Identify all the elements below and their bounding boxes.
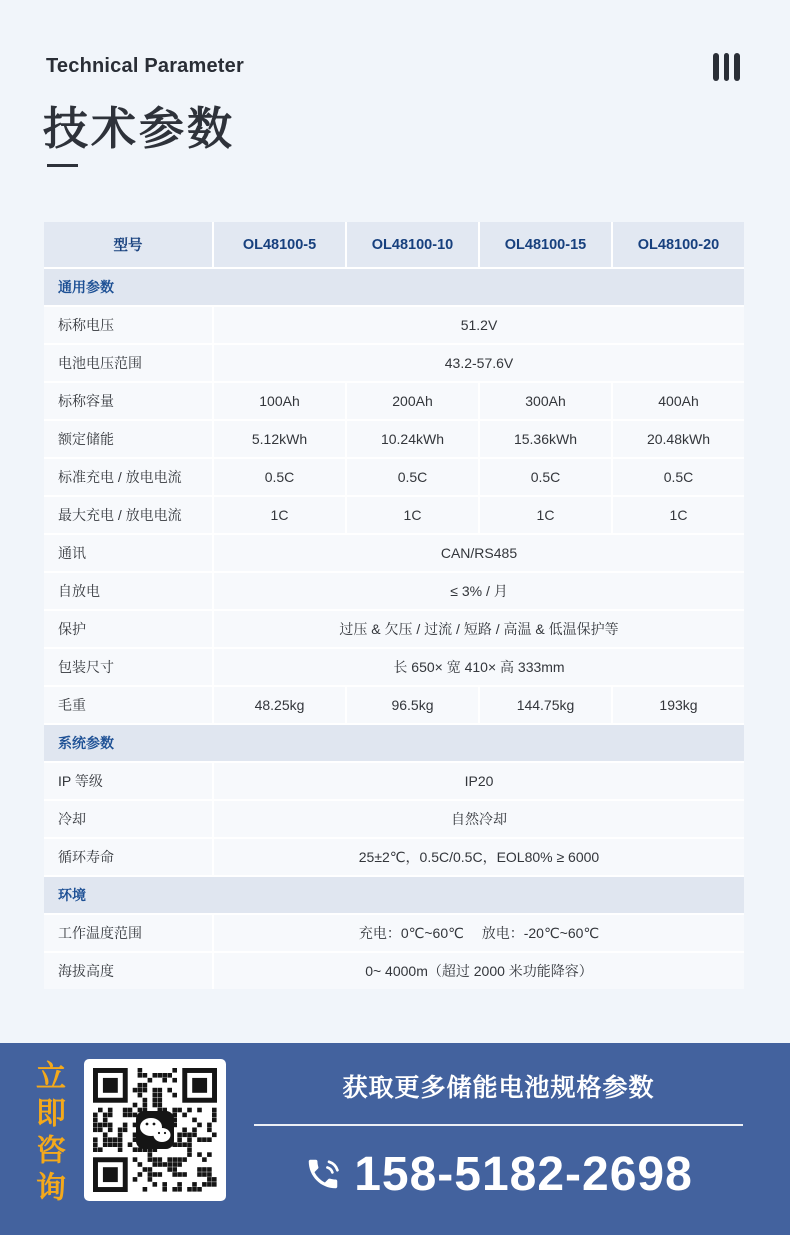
column-header-model: 型号 bbox=[44, 222, 212, 267]
bar bbox=[724, 53, 730, 81]
phone-number: 158-5182-2698 bbox=[354, 1147, 693, 1202]
row-label: 电池电压范围 bbox=[44, 345, 212, 381]
cell-value: 10.24kWh bbox=[347, 421, 478, 457]
row-label: 最大充电 / 放电电流 bbox=[44, 497, 212, 533]
qr-pattern bbox=[93, 1068, 217, 1192]
section-title: 系统参数 bbox=[44, 725, 744, 761]
column-header: OL48100-5 bbox=[214, 222, 345, 267]
row-label: IP 等级 bbox=[44, 763, 212, 799]
row-label: 标称电压 bbox=[44, 307, 212, 343]
row-label: 循环寿命 bbox=[44, 839, 212, 875]
table-row: 标准充电 / 放电电流0.5C0.5C0.5C0.5C bbox=[44, 459, 744, 495]
row-label: 包装尺寸 bbox=[44, 649, 212, 685]
title-underline bbox=[47, 164, 78, 167]
cell-value: 48.25kg bbox=[214, 687, 345, 723]
row-label: 保护 bbox=[44, 611, 212, 647]
cell-value: 96.5kg bbox=[347, 687, 478, 723]
spec-table: 型号OL48100-5OL48100-10OL48100-15OL48100-2… bbox=[44, 222, 744, 989]
table-row: IP 等级IP20 bbox=[44, 763, 744, 799]
cell-value: 0.5C bbox=[480, 459, 611, 495]
cell-value: 15.36kWh bbox=[480, 421, 611, 457]
cell-value: 400Ah bbox=[613, 383, 744, 419]
footer-right: 获取更多储能电池规格参数 158-5182-2698 bbox=[254, 1043, 743, 1235]
table-row: 标称容量100Ah200Ah300Ah400Ah bbox=[44, 383, 744, 419]
cell-value: 300Ah bbox=[480, 383, 611, 419]
table-row: 最大充电 / 放电电流1C1C1C1C bbox=[44, 497, 744, 533]
table-row: 额定储能5.12kWh10.24kWh15.36kWh20.48kWh bbox=[44, 421, 744, 457]
qr-code[interactable] bbox=[84, 1059, 226, 1201]
row-label: 冷却 bbox=[44, 801, 212, 837]
cell-value: 1C bbox=[347, 497, 478, 533]
three-bars-icon bbox=[713, 53, 740, 81]
subtitle-en: Technical Parameter bbox=[46, 55, 244, 78]
cell-value: 0.5C bbox=[613, 459, 744, 495]
footer-headline: 获取更多储能电池规格参数 bbox=[254, 1068, 743, 1104]
table-row: 保护过压 & 欠压 / 过流 / 短路 / 高温 & 低温保护等 bbox=[44, 611, 744, 647]
column-header: OL48100-20 bbox=[613, 222, 744, 267]
cell-value: 过压 & 欠压 / 过流 / 短路 / 高温 & 低温保护等 bbox=[214, 611, 744, 647]
footer: 立即咨询 获取更多储能电池规格参数 158-5182-2698 bbox=[0, 1043, 790, 1235]
divider-line bbox=[254, 1124, 743, 1126]
phone-icon bbox=[304, 1155, 342, 1193]
column-header: OL48100-10 bbox=[347, 222, 478, 267]
cell-value: 25±2℃，0.5C/0.5C，EOL80% ≥ 6000 bbox=[214, 839, 744, 875]
bar bbox=[734, 53, 740, 81]
section-row: 通用参数 bbox=[44, 269, 744, 305]
table-row: 毛重48.25kg96.5kg144.75kg193kg bbox=[44, 687, 744, 723]
cell-value: 20.48kWh bbox=[613, 421, 744, 457]
table-row: 自放电≤ 3% / 月 bbox=[44, 573, 744, 609]
cell-value: 5.12kWh bbox=[214, 421, 345, 457]
table-row: 通讯CAN/RS485 bbox=[44, 535, 744, 571]
table-row: 循环寿命25±2℃，0.5C/0.5C，EOL80% ≥ 6000 bbox=[44, 839, 744, 875]
row-label: 标准充电 / 放电电流 bbox=[44, 459, 212, 495]
cell-value: ≤ 3% / 月 bbox=[214, 573, 744, 609]
cell-value: IP20 bbox=[214, 763, 744, 799]
cell-value: 0.5C bbox=[214, 459, 345, 495]
cell-value: 0~ 4000m（超过 2000 米功能降容） bbox=[214, 953, 744, 989]
cell-value: 自然冷却 bbox=[214, 801, 744, 837]
cell-value: 1C bbox=[480, 497, 611, 533]
section-title: 环境 bbox=[44, 877, 744, 913]
bar bbox=[713, 53, 719, 81]
cell-value: 长 650× 宽 410× 高 333mm bbox=[214, 649, 744, 685]
cell-value: 100Ah bbox=[214, 383, 345, 419]
cell-value: 43.2-57.6V bbox=[214, 345, 744, 381]
phone-row[interactable]: 158-5182-2698 bbox=[254, 1139, 743, 1209]
row-label: 自放电 bbox=[44, 573, 212, 609]
row-label: 标称容量 bbox=[44, 383, 212, 419]
row-label: 通讯 bbox=[44, 535, 212, 571]
table-header-row: 型号OL48100-5OL48100-10OL48100-15OL48100-2… bbox=[44, 222, 744, 267]
cta-vertical-text: 立即咨询 bbox=[30, 1060, 64, 1208]
column-header: OL48100-15 bbox=[480, 222, 611, 267]
section-title: 通用参数 bbox=[44, 269, 744, 305]
table-row: 工作温度范围充电：0℃~60℃ 放电：-20℃~60℃ bbox=[44, 915, 744, 951]
cell-value: 51.2V bbox=[214, 307, 744, 343]
table-row: 电池电压范围43.2-57.6V bbox=[44, 345, 744, 381]
cell-value: 1C bbox=[613, 497, 744, 533]
section-row: 环境 bbox=[44, 877, 744, 913]
cell-value: 193kg bbox=[613, 687, 744, 723]
cell-value: 144.75kg bbox=[480, 687, 611, 723]
section-row: 系统参数 bbox=[44, 725, 744, 761]
table-row: 包装尺寸长 650× 宽 410× 高 333mm bbox=[44, 649, 744, 685]
table-row: 海拔高度0~ 4000m（超过 2000 米功能降容） bbox=[44, 953, 744, 989]
cell-value: 200Ah bbox=[347, 383, 478, 419]
row-label: 海拔高度 bbox=[44, 953, 212, 989]
cell-value: 1C bbox=[214, 497, 345, 533]
cell-value: CAN/RS485 bbox=[214, 535, 744, 571]
cell-value: 充电：0℃~60℃ 放电：-20℃~60℃ bbox=[214, 915, 744, 951]
row-label: 工作温度范围 bbox=[44, 915, 212, 951]
cell-value: 0.5C bbox=[347, 459, 478, 495]
row-label: 额定储能 bbox=[44, 421, 212, 457]
table-row: 标称电压51.2V bbox=[44, 307, 744, 343]
table-row: 冷却自然冷却 bbox=[44, 801, 744, 837]
page-title: 技术参数 bbox=[43, 92, 235, 157]
row-label: 毛重 bbox=[44, 687, 212, 723]
